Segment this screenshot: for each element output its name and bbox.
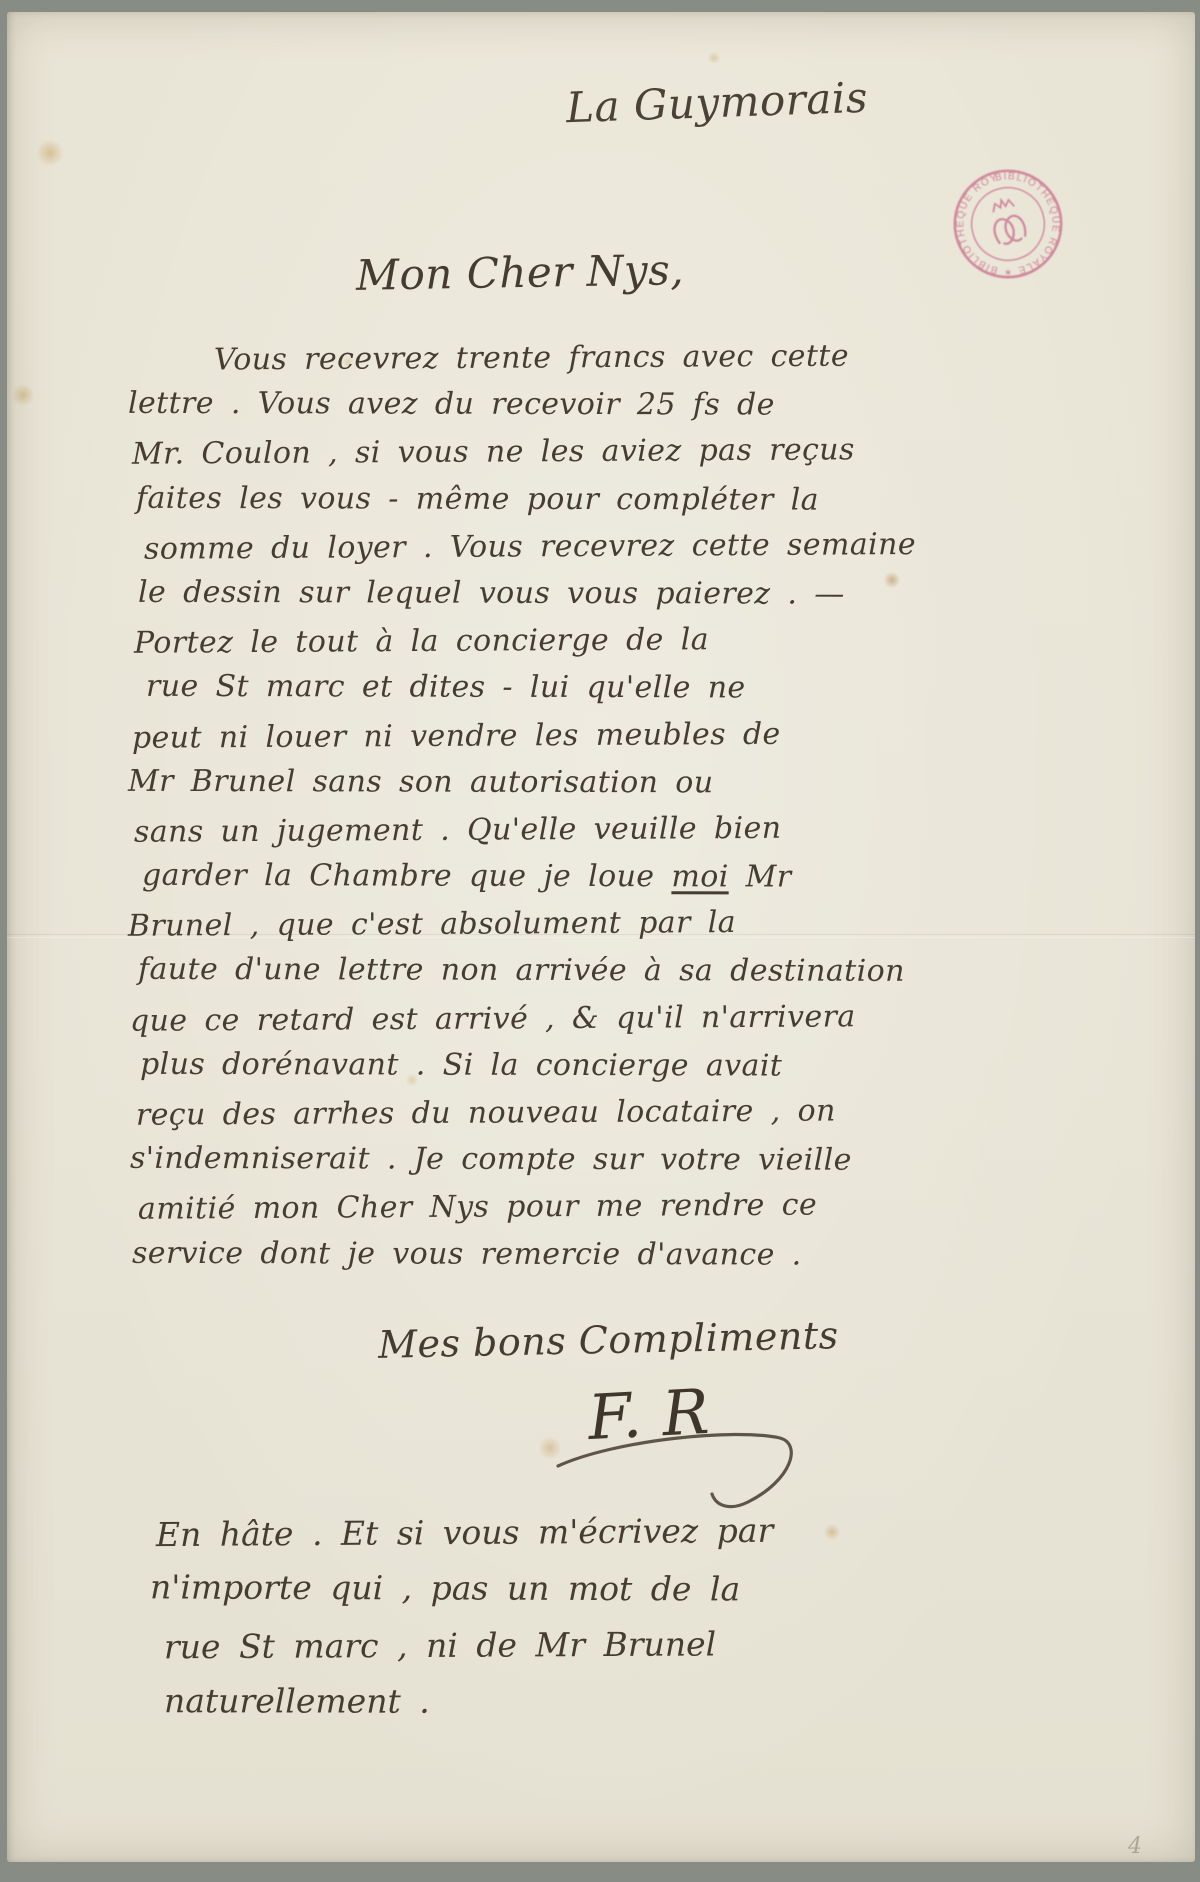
ps-line: En hâte . Et si vous m'écrivez par xyxy=(156,1509,1050,1572)
body-line-text: le dessin sur lequel vous vous paierez .… xyxy=(138,575,845,612)
body-line-text: Mr xyxy=(729,859,792,894)
body-line: amitié mon Cher Nys pour me rendre ce xyxy=(138,1187,1028,1240)
ps-line: rue St marc , ni de Mr Brunel xyxy=(164,1623,1050,1684)
cipher-right-stroke xyxy=(1003,214,1028,243)
underlined-word: moi xyxy=(671,859,728,894)
body-line-text: faites les vous - même pour compléter la xyxy=(136,480,819,517)
body-line-text: somme du loyer . Vous recevrez cette sem… xyxy=(144,527,916,567)
salutation: Mon Cher Nys, xyxy=(356,245,685,300)
body-line-text: Mr Brunel sans son autorisation ou xyxy=(128,764,714,801)
foxing-spot xyxy=(11,384,35,406)
body-line: Brunel , que c'est absolument par la xyxy=(128,904,1028,957)
body-line: reçu des arrhes du nouveau locataire , o… xyxy=(136,1092,1028,1145)
body-line: plus dorénavant . Si la concierge avait xyxy=(140,1047,1028,1097)
royal-cipher xyxy=(987,196,1028,246)
body-line-text: service dont je vous remercie d'avance . xyxy=(132,1235,802,1272)
ps-line-text: rue St marc , ni de Mr Brunel xyxy=(164,1624,716,1666)
body-line: faites les vous - même pour compléter la xyxy=(136,480,1028,530)
ps-line-text: naturellement . xyxy=(164,1681,430,1720)
ps-line: n'importe qui , pas un mot de la xyxy=(150,1567,1050,1627)
body-line-text: rue St marc et dites - lui qu'elle ne xyxy=(146,669,746,706)
body-line-text: garder la Chambre que je loue xyxy=(142,858,671,894)
body-line-text: reçu des arrhes du nouveau locataire , o… xyxy=(136,1093,836,1132)
body-line-text: Vous recevrez trente francs avec cette xyxy=(214,339,849,378)
body-line-text: faute d'une lettre non arrivée à sa dest… xyxy=(138,952,905,989)
flourish-stroke xyxy=(558,1434,791,1506)
body-line: que ce retard est arrivé , & qu'il n'arr… xyxy=(130,998,1028,1051)
postscript: En hâte . Et si vous m'écrivez par n'imp… xyxy=(150,1512,1050,1738)
body-line: service dont je vous remercie d'avance . xyxy=(132,1235,1028,1285)
body-line-with-emphasis: garder la Chambre que je loue moi Mr xyxy=(142,858,1028,908)
foxing-spot xyxy=(35,140,65,166)
body-line-text: s'indemniserait . Je compte sur votre vi… xyxy=(130,1141,852,1178)
body-line-text: que ce retard est arrivé , & qu'il n'arr… xyxy=(130,999,856,1038)
body-line: lettre . Vous avez du recevoir 25 fs de xyxy=(128,386,1028,436)
body-line: peut ni louer ni vendre les meubles de xyxy=(132,715,1028,768)
body-line: Mr Brunel sans son autorisation ou xyxy=(128,764,1028,814)
body-line: le dessin sur lequel vous vous paierez .… xyxy=(138,575,1028,625)
body-line-text: sans un jugement . Qu'elle veuille bien xyxy=(134,811,782,850)
signature-flourish xyxy=(540,1388,820,1528)
ps-line: naturellement . xyxy=(164,1681,1050,1739)
ps-line-text: n'importe qui , pas un mot de la xyxy=(150,1567,740,1608)
letter-scan: La Guymorais BIBLIOTHÈQUE ROYALE ✶ BIBLI… xyxy=(0,0,1200,1882)
body-line: s'indemniserait . Je compte sur votre vi… xyxy=(130,1141,1028,1191)
body-line-text: plus dorénavant . Si la concierge avait xyxy=(140,1047,782,1084)
body-line-text: Portez le tout à la concierge de la xyxy=(134,622,709,661)
body-line: somme du loyer . Vous recevrez cette sem… xyxy=(144,526,1028,579)
ps-line-text: En hâte . Et si vous m'écrivez par xyxy=(156,1511,774,1554)
letter-body: Vous recevrez trente francs avec cette l… xyxy=(128,340,1028,1284)
body-line: rue St marc et dites - lui qu'elle ne xyxy=(146,669,1028,718)
body-line-text: amitié mon Cher Nys pour me rendre ce xyxy=(138,1188,817,1227)
body-line: Portez le tout à la concierge de la xyxy=(134,620,1028,673)
body-line: faute d'une lettre non arrivée à sa dest… xyxy=(138,952,1028,1002)
body-line: Vous recevrez trente francs avec cette xyxy=(214,338,1028,390)
body-line-text: peut ni louer ni vendre les meubles de xyxy=(132,716,781,755)
crown-icon xyxy=(991,197,1014,211)
body-line: sans un jugement . Qu'elle veuille bien xyxy=(134,809,1028,862)
body-line-text: Brunel , que c'est absolument par la xyxy=(128,905,736,944)
body-line-text: lettre . Vous avez du recevoir 25 fs de xyxy=(128,386,775,423)
pencil-page-number: 4 xyxy=(1128,1834,1142,1859)
foxing-spot xyxy=(707,52,721,64)
body-line: Mr. Coulon , si vous ne les aviez pas re… xyxy=(132,432,1028,485)
body-line-text: Mr. Coulon , si vous ne les aviez pas re… xyxy=(132,433,855,472)
cipher-left-stroke xyxy=(992,217,1017,246)
